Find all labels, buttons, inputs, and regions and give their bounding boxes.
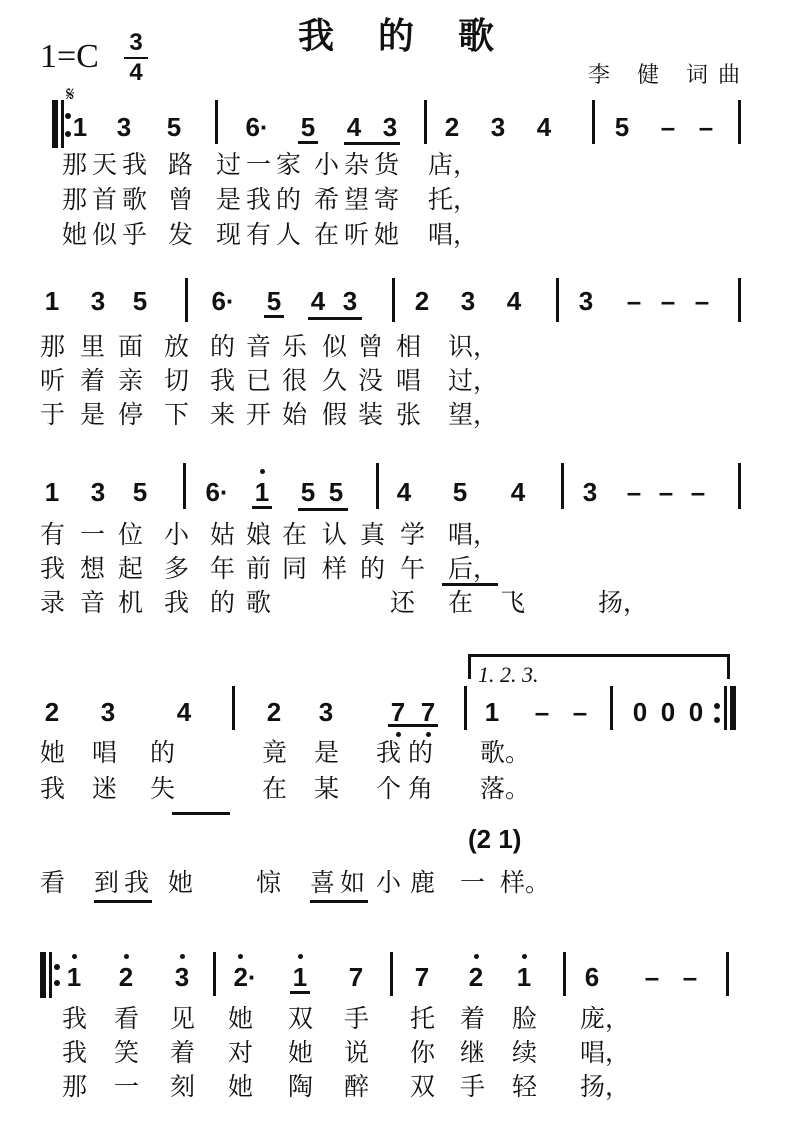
lyric-char: 下 xyxy=(164,400,189,430)
lyric-char: 着 xyxy=(80,366,105,396)
lyric-char: 店， xyxy=(428,150,478,180)
note-eighth: 4 xyxy=(306,286,330,316)
lyric-char: 的 xyxy=(150,738,175,768)
lyric-char: 位 xyxy=(118,520,143,550)
lyric-char: 亲 xyxy=(118,366,143,396)
note-eighth-high: 1 xyxy=(250,477,274,507)
lyric-char: 角 xyxy=(408,774,433,804)
author-credit: 李 健 词曲 xyxy=(588,58,750,89)
note: 4 xyxy=(506,477,530,507)
song-title: 我的歌 xyxy=(0,8,792,59)
octave-dot xyxy=(72,954,77,959)
lyric-char: 已 xyxy=(246,366,271,396)
note: 3 xyxy=(456,286,480,316)
lyric-char: 刻 xyxy=(170,1072,195,1102)
lyric-char: 惊 xyxy=(256,868,281,898)
note: 3 xyxy=(574,286,598,316)
lyric-char: 扬， xyxy=(580,1072,630,1102)
lyric-char: 的 xyxy=(276,185,301,215)
repeat-start-thick-bar xyxy=(40,952,46,998)
note: 3 xyxy=(86,477,110,507)
lyric-char: 她 xyxy=(228,1072,253,1102)
lyric-char: 是 xyxy=(80,400,105,430)
lyric-char: 似 xyxy=(92,220,117,250)
note-value: 2 xyxy=(469,962,483,992)
lyric-char: 在 xyxy=(282,520,307,550)
lyric-char: 小 xyxy=(376,868,401,898)
note: 5 xyxy=(128,286,152,316)
lyric-char: 的 xyxy=(210,332,235,362)
lyric-char: 歌 xyxy=(246,588,271,618)
note: 1 xyxy=(68,112,92,142)
repeat-end-thick-bar xyxy=(730,686,736,730)
lyric-char: 一 xyxy=(460,868,485,898)
note: 5 xyxy=(448,477,472,507)
note: 3 xyxy=(486,112,510,142)
lyric-char: 放 xyxy=(164,332,189,362)
note: 7 xyxy=(410,962,434,992)
lyric-char: 看 xyxy=(40,868,65,898)
note: 1 xyxy=(480,697,504,727)
note: 6 xyxy=(580,962,604,992)
dash: – xyxy=(622,286,646,316)
note-value: 7 xyxy=(391,697,405,727)
note: 7 xyxy=(344,962,368,992)
lyric-char: 双 xyxy=(288,1004,313,1034)
note: 1 xyxy=(40,286,64,316)
lyric-char: 我 xyxy=(62,1004,87,1034)
note: 4 xyxy=(502,286,526,316)
lyric-char: 午 xyxy=(400,554,425,584)
title-char: 的 xyxy=(378,8,414,59)
note-eighth: 3 xyxy=(378,112,402,142)
lyric-char: 里 xyxy=(80,332,105,362)
lyric-char: 轻 xyxy=(512,1072,537,1102)
lyric-char: 唱， xyxy=(428,220,478,250)
lyric-char: 一 xyxy=(80,520,105,550)
lyric-char: 录 xyxy=(40,588,65,618)
lyric-char: 多 xyxy=(164,554,189,584)
note: 2 xyxy=(40,697,64,727)
barline xyxy=(464,686,467,730)
note: 3 xyxy=(96,697,120,727)
note: 2 xyxy=(262,697,286,727)
note: 4 xyxy=(172,697,196,727)
lyric-char: 曾 xyxy=(358,332,383,362)
repeat-end-thin-bar xyxy=(724,686,727,730)
note: 6· xyxy=(200,477,234,507)
lyric-char: 是 xyxy=(216,185,241,215)
repeat-dot xyxy=(54,980,60,986)
repeat-start-thick-bar xyxy=(52,100,58,148)
note: 6· xyxy=(240,112,274,142)
lyric-char: 失 xyxy=(150,774,175,804)
lyric-char: 发 xyxy=(168,220,193,250)
beam xyxy=(344,142,400,145)
note-value: 1 xyxy=(67,962,81,992)
lyric-char: 一 xyxy=(114,1072,139,1102)
note-high: 1 xyxy=(62,962,86,992)
note: 5 xyxy=(162,112,186,142)
lyric-char: 她 xyxy=(374,220,399,250)
lyric-char: 陶 xyxy=(288,1072,313,1102)
barline xyxy=(213,952,216,996)
lyric-char: 庞， xyxy=(580,1004,630,1034)
lyric-char: 某 xyxy=(314,774,339,804)
barline xyxy=(738,463,741,509)
lyric-char: 人 xyxy=(276,220,301,250)
note: 1 xyxy=(40,477,64,507)
rest: 0 xyxy=(656,697,680,727)
beam xyxy=(298,508,348,511)
lyric-char: 望 xyxy=(344,185,369,215)
dash: – xyxy=(640,962,664,992)
lyric-char: 托 xyxy=(410,1004,435,1034)
note: 2 xyxy=(410,286,434,316)
lyric-char: 在 xyxy=(448,588,473,618)
lyric-char: 切 xyxy=(164,366,189,396)
lyric-char: 在 xyxy=(314,220,339,250)
lyric-char: 我 xyxy=(376,738,401,768)
octave-dot xyxy=(396,732,401,737)
lyric-char: 对 xyxy=(228,1038,253,1068)
dash: – xyxy=(686,477,710,507)
dash: – xyxy=(678,962,702,992)
lyric-char: 相 xyxy=(396,332,421,362)
lyric-char: 张 xyxy=(396,400,421,430)
note-eighth: 5 xyxy=(296,112,320,142)
note: 3 xyxy=(112,112,136,142)
repeat-start-thin-bar xyxy=(49,952,52,998)
lyric-char: 姑 xyxy=(210,520,235,550)
lyric-char: 真 xyxy=(360,520,385,550)
lyric-char: 装 xyxy=(358,400,383,430)
barline xyxy=(738,278,741,322)
octave-dot xyxy=(522,954,527,959)
note: 3 xyxy=(314,697,338,727)
note-high: 2· xyxy=(228,962,262,992)
lyric-slur xyxy=(310,900,368,903)
barline xyxy=(232,686,235,730)
barline xyxy=(392,278,395,322)
note-eighth: 3 xyxy=(338,286,362,316)
lyric-char: 竟 xyxy=(262,738,287,768)
lyric-char: 唱 xyxy=(92,738,117,768)
lyric-char: 有 xyxy=(246,220,271,250)
dash: – xyxy=(656,286,680,316)
title-char: 歌 xyxy=(458,8,494,59)
lyric-char: 娘 xyxy=(246,520,271,550)
octave-dot xyxy=(426,732,431,737)
lyric-char: 路 xyxy=(168,150,193,180)
lyric-char: 机 xyxy=(118,588,143,618)
title-char: 我 xyxy=(298,8,334,59)
lyric-char: 过 xyxy=(216,150,241,180)
lyric-char: 始 xyxy=(282,400,307,430)
beam xyxy=(388,724,438,727)
lyric-char: 久 xyxy=(322,366,347,396)
note-value: 2 xyxy=(119,962,133,992)
lyric-char: 杂 xyxy=(344,150,369,180)
lyric-char: 现 xyxy=(216,220,241,250)
lyric-char: 扬， xyxy=(598,588,648,618)
lyric-char: 那 xyxy=(40,332,65,362)
lyric-char: 有 xyxy=(40,520,65,550)
dash: – xyxy=(656,112,680,142)
dash: – xyxy=(690,286,714,316)
lyric-char: 小 xyxy=(314,150,339,180)
note: 3 xyxy=(578,477,602,507)
note-eighth: 5 xyxy=(324,477,348,507)
time-signature: 3 4 xyxy=(122,30,150,86)
lyric-char: 过， xyxy=(448,366,498,396)
lyric-char: 前 xyxy=(246,554,271,584)
lyric-char: 识， xyxy=(448,332,498,362)
lyric-char: 她 xyxy=(288,1038,313,1068)
note-eighth-high: 1 xyxy=(288,962,312,992)
rest: 0 xyxy=(684,697,708,727)
time-sig-denominator: 4 xyxy=(122,60,150,86)
lyric-char: 的 xyxy=(360,554,385,584)
dash: – xyxy=(568,697,592,727)
note-value: 2· xyxy=(233,962,256,992)
octave-dot xyxy=(298,954,303,959)
lyric-char: 喜 xyxy=(310,868,335,898)
repeat-start-thin-bar xyxy=(61,100,64,148)
note-value: 1 xyxy=(255,477,269,507)
lyric-char: 音 xyxy=(80,588,105,618)
octave-dot xyxy=(474,954,479,959)
lyric-char: 的 xyxy=(210,588,235,618)
barline xyxy=(563,952,566,996)
lyric-char: 没 xyxy=(358,366,383,396)
lyric-char: 学 xyxy=(400,520,425,550)
key-signature: 1=C xyxy=(40,38,99,76)
barline xyxy=(215,100,218,144)
lyric-char: 她 xyxy=(228,1004,253,1034)
lyric-char: 面 xyxy=(118,332,143,362)
lyric-char: 续 xyxy=(512,1038,537,1068)
lyric-char: 继 xyxy=(460,1038,485,1068)
lyric-slur xyxy=(94,900,152,903)
lyric-char: 我 xyxy=(40,554,65,584)
lyric-char: 似 xyxy=(322,332,347,362)
lyric-char: 家 xyxy=(276,150,301,180)
lyric-char: 开 xyxy=(246,400,271,430)
lyric-char: 鹿 xyxy=(410,868,435,898)
lyric-char: 望， xyxy=(448,400,498,430)
barline xyxy=(610,686,613,730)
note-high: 2 xyxy=(114,962,138,992)
note-value: 3 xyxy=(175,962,189,992)
lyric-char: 落。 xyxy=(480,774,530,804)
lyric-char: 她 xyxy=(168,868,193,898)
lyric-char: 我 xyxy=(164,588,189,618)
dash: – xyxy=(654,477,678,507)
beam xyxy=(308,317,362,320)
lyric-slur xyxy=(442,583,498,586)
lyric-char: 我 xyxy=(62,1038,87,1068)
lyric-char: 着 xyxy=(170,1038,195,1068)
lyric-char: 同 xyxy=(282,554,307,584)
octave-dot xyxy=(238,954,243,959)
barline xyxy=(424,100,427,144)
barline xyxy=(390,952,393,996)
octave-dot xyxy=(124,954,129,959)
lyric-char: 样。 xyxy=(500,868,550,898)
lyric-char: 个 xyxy=(376,774,401,804)
repeat-dot xyxy=(54,964,60,970)
lyric-char: 我 xyxy=(124,868,149,898)
lyric-char: 货 xyxy=(374,150,399,180)
lyric-char: 唱 xyxy=(396,366,421,396)
lyric-char: 的 xyxy=(408,738,433,768)
lyric-char: 说 xyxy=(344,1038,369,1068)
lyric-char: 唱， xyxy=(580,1038,630,1068)
barline xyxy=(556,278,559,322)
lyric-char: 手 xyxy=(344,1004,369,1034)
octave-dot xyxy=(180,954,185,959)
note-eighth-low: 7 xyxy=(416,697,440,727)
note-eighth: 5 xyxy=(262,286,286,316)
lyric-char: 听 xyxy=(344,220,369,250)
barline xyxy=(738,100,741,144)
lyric-char: 托， xyxy=(428,185,478,215)
lyric-slur xyxy=(172,812,230,815)
note-high: 2 xyxy=(464,962,488,992)
lyric-char: 认 xyxy=(322,520,347,550)
lyric-char: 想 xyxy=(80,554,105,584)
lyric-char: 后， xyxy=(448,554,498,584)
barline xyxy=(561,463,564,509)
alternate-notes: (2 1) xyxy=(468,824,521,855)
lyric-char: 到 xyxy=(94,868,119,898)
note-eighth: 5 xyxy=(296,477,320,507)
barline xyxy=(726,952,729,996)
lyric-char: 你 xyxy=(410,1038,435,1068)
lyric-char: 年 xyxy=(210,554,235,584)
barline xyxy=(376,463,379,509)
lyric-char: 手 xyxy=(460,1072,485,1102)
lyric-char: 见 xyxy=(170,1004,195,1034)
lyric-char: 歌。 xyxy=(480,738,530,768)
lyric-char: 音 xyxy=(246,332,271,362)
lyric-char: 迷 xyxy=(92,774,117,804)
lyric-char: 假 xyxy=(322,400,347,430)
lyric-char: 曾 xyxy=(168,185,193,215)
dash: – xyxy=(622,477,646,507)
lyric-char: 她 xyxy=(40,738,65,768)
repeat-dot xyxy=(714,717,720,723)
note-high: 1 xyxy=(512,962,536,992)
lyric-char: 很 xyxy=(282,366,307,396)
lyric-char: 听 xyxy=(40,366,65,396)
lyric-char: 那 xyxy=(62,185,87,215)
lyric-char: 于 xyxy=(40,400,65,430)
note-value: 1 xyxy=(293,962,307,992)
lyric-char: 样 xyxy=(322,554,347,584)
lyric-char: 还 xyxy=(390,588,415,618)
lyric-char: 希 xyxy=(314,185,339,215)
note-eighth-low: 7 xyxy=(386,697,410,727)
lyric-char: 一 xyxy=(246,150,271,180)
segno-icon: 𝄋 xyxy=(66,82,75,106)
lyric-char: 停 xyxy=(118,400,143,430)
lyric-char: 看 xyxy=(114,1004,139,1034)
note-eighth: 4 xyxy=(342,112,366,142)
lyric-char: 如 xyxy=(340,868,365,898)
note: 4 xyxy=(392,477,416,507)
lyric-char: 乎 xyxy=(122,220,147,250)
octave-dot xyxy=(260,469,265,474)
rest: 0 xyxy=(628,697,652,727)
lyric-char: 笑 xyxy=(114,1038,139,1068)
barline xyxy=(592,100,595,144)
lyric-char: 小 xyxy=(164,520,189,550)
note: 6· xyxy=(206,286,240,316)
lyric-char: 天 xyxy=(92,150,117,180)
repeat-dot xyxy=(714,703,720,709)
lyric-char: 起 xyxy=(118,554,143,584)
lyric-char: 醉 xyxy=(344,1072,369,1102)
lyric-char: 双 xyxy=(410,1072,435,1102)
lyric-char: 我 xyxy=(246,185,271,215)
dash: – xyxy=(694,112,718,142)
note: 4 xyxy=(532,112,556,142)
lyric-char: 她 xyxy=(62,220,87,250)
lyric-char: 我 xyxy=(122,150,147,180)
note: 5 xyxy=(610,112,634,142)
barline xyxy=(185,278,188,322)
volta-label: 1. 2. 3. xyxy=(478,662,539,688)
lyric-char: 唱， xyxy=(448,520,498,550)
lyric-char: 歌 xyxy=(122,185,147,215)
note: 2 xyxy=(440,112,464,142)
lyric-char: 我 xyxy=(40,774,65,804)
lyric-char: 是 xyxy=(314,738,339,768)
dash: – xyxy=(530,697,554,727)
note: 5 xyxy=(128,477,152,507)
lyric-char: 来 xyxy=(210,400,235,430)
note-high: 3 xyxy=(170,962,194,992)
note-value: 1 xyxy=(517,962,531,992)
note-value: 7 xyxy=(421,697,435,727)
lyric-char: 乐 xyxy=(282,332,307,362)
lyric-char: 在 xyxy=(262,774,287,804)
lyric-char: 那 xyxy=(62,1072,87,1102)
note: 3 xyxy=(86,286,110,316)
lyric-char: 寄 xyxy=(374,185,399,215)
lyric-char: 那 xyxy=(62,150,87,180)
barline xyxy=(183,463,186,509)
time-sig-numerator: 3 xyxy=(122,30,150,56)
lyric-char: 我 xyxy=(210,366,235,396)
lyric-char: 脸 xyxy=(512,1004,537,1034)
lyric-char: 着 xyxy=(460,1004,485,1034)
lyric-char: 飞 xyxy=(500,588,525,618)
lyric-char: 首 xyxy=(92,185,117,215)
